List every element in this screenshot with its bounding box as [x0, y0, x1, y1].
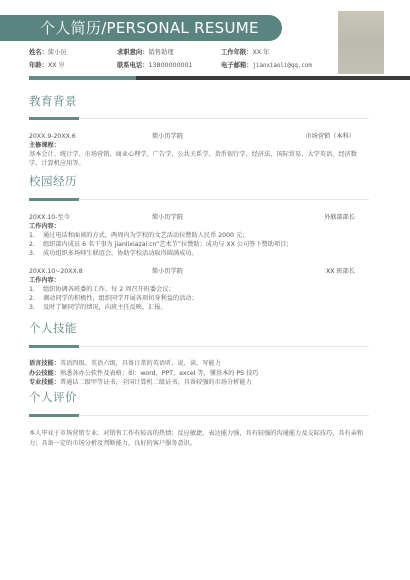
- resume-title: 个人简历/PERSONAL RESUME: [40, 17, 259, 39]
- profile-photo: [338, 11, 384, 74]
- section-rule-accent: [29, 414, 79, 417]
- content-label: 工作内容：: [29, 276, 369, 285]
- section-rule: [29, 199, 369, 200]
- entry-date: 20XX.9-20XX.6: [29, 132, 152, 141]
- section-title: 个人技能: [29, 320, 369, 336]
- content-label: 工作内容：: [29, 222, 369, 231]
- list-item: 2.组织部内成员 6 名干事为 jianlixiazai.cn“艺术节”拉赞助；…: [29, 240, 369, 249]
- list-item: 3.成功组织多场师生联谊会，协助学校活动取得圆满成功。: [29, 249, 369, 258]
- entry-date: 20XX.10-至今: [29, 213, 152, 222]
- entry-school: 简小历学院: [152, 213, 302, 222]
- section-rule: [29, 346, 369, 347]
- list-item: 2.调动同学的积极性，组织同学开展各项切身利益的活动；: [29, 294, 369, 303]
- evaluation-text: 本人毕业于市场营销专业，对销售工作有较高的热情；反应敏捷，表达能力强，具有较强的…: [29, 429, 369, 449]
- entry-date: 20XX.10~20XX.8: [29, 267, 152, 276]
- section-rule: [29, 118, 369, 119]
- entry-major: 市场营销（本科）: [302, 132, 369, 141]
- info-name: 姓名：简小历: [29, 46, 117, 59]
- section-rule-accent: [29, 345, 79, 348]
- entry-school: 简小历学院: [152, 132, 302, 141]
- info-phone: 联系电话：13800000001: [117, 59, 221, 72]
- list-item: 3.及时了解同学的情况，向班主任反映，汇报。: [29, 303, 369, 312]
- header-divider: [29, 76, 410, 80]
- section-rule-accent: [29, 117, 79, 120]
- info-job-intention: 求职意向：销售助理: [117, 46, 221, 59]
- info-email: 电子邮箱：jianxiaoli@qq.com: [221, 59, 341, 72]
- skill-professional: 专业技能：普通话二级甲等证书，全国计算机二级证书，具备较强的市场分析能力: [29, 378, 369, 388]
- section-rule: [29, 415, 369, 416]
- entry-school: 简小历学院: [152, 267, 302, 276]
- header-divider-accent: [29, 76, 136, 80]
- campus-entry-head: 20XX.10~20XX.8 简小历学院 XX 班部长: [29, 267, 369, 276]
- courses-label: 主修课程：: [29, 141, 369, 150]
- section-education: 教育背景 20XX.9-20XX.6 简小历学院 市场营销（本科） 主修课程： …: [29, 93, 369, 168]
- section-rule-accent: [29, 198, 79, 201]
- info-work-years: 工作年限：XX 年: [221, 46, 341, 59]
- campus-entry-head: 20XX.10-至今 简小历学院 外联部部长: [29, 213, 369, 222]
- skill-language: 语言技能：英语四级、英语六级，具备日常的英语听、说、读、写能力: [29, 359, 369, 369]
- section-title: 个人评价: [29, 389, 369, 405]
- education-entry-head: 20XX.9-20XX.6 简小历学院 市场营销（本科）: [29, 132, 369, 141]
- section-title: 教育背景: [29, 93, 369, 109]
- section-skills: 个人技能 语言技能：英语四级、英语六级，具备日常的英语听、说、读、写能力 办公技…: [29, 320, 369, 388]
- list-item: 1.通过电话和面谈的方式，两周内为学校的文艺活动拉赞助人民币 2000 元；: [29, 231, 369, 240]
- section-evaluation: 个人评价 本人毕业于市场营销专业，对销售工作有较高的热情；反应敏捷，表达能力强，…: [29, 389, 369, 449]
- entry-role: XX 班部长: [302, 267, 369, 276]
- list-item: 1.组织协调各班委的工作，每 2 周召开班委会议；: [29, 285, 369, 294]
- info-age: 年龄：XX 岁: [29, 59, 117, 72]
- info-row-2: 年龄：XX 岁 联系电话：13800000001 电子邮箱：jianxiaoli…: [29, 59, 341, 72]
- skill-office: 办公技能：熟悉各办公软件及表格；如：word、PPT、excel 等，懂基本的 …: [29, 369, 369, 379]
- section-title: 校园经历: [29, 173, 369, 189]
- entry-role: 外联部部长: [302, 213, 369, 222]
- personal-info: 姓名：简小历 求职意向：销售助理 工作年限：XX 年 年龄：XX 岁 联系电话：…: [29, 46, 341, 72]
- section-campus: 校园经历 20XX.10-至今 简小历学院 外联部部长 工作内容： 1.通过电话…: [29, 173, 369, 312]
- info-row-1: 姓名：简小历 求职意向：销售助理 工作年限：XX 年: [29, 46, 341, 59]
- courses-text: 基本会计、统计学、市场营销、商业心理学、广告学、公共关系学、货币银行学、经济法、…: [29, 150, 369, 168]
